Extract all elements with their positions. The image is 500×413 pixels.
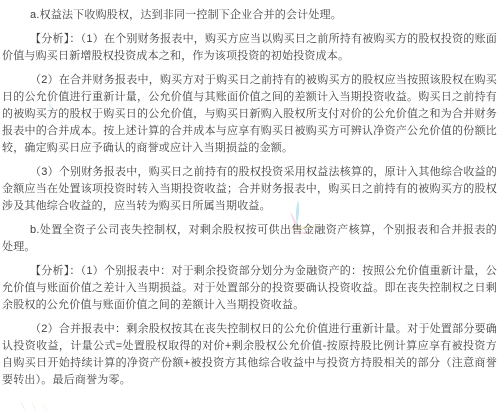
- analysis-paragraph-b2: （2）合并报表中：剩余股权按其在丧失控制权日的公允价值进行重新计量。对于处置部分…: [2, 321, 497, 389]
- heading-item-b: b.处置全资子公司丧失控制权，对剩余股权按可供出售金融资产核算，个别报表和合并报…: [2, 222, 497, 256]
- document-page: a.权益法下收购股权，达到非同一控制下企业合并的会计处理。 【分析】：（1）在个…: [0, 0, 500, 389]
- analysis-paragraph-b1: 【分析】：（1）个别报表中：对于剩余投资部分划分为金融资产的：按照公允价值重新计…: [2, 263, 497, 314]
- analysis-paragraph-a3: （3）个别财务报表中，购买日之前持有的股权投资采用权益法核算的，原计入其他综合收…: [2, 164, 497, 215]
- watermark-logo-bottom-icon: [10, 399, 58, 413]
- heading-item-a: a.权益法下收购股权，达到非同一控制下企业合并的会计处理。: [2, 7, 497, 24]
- analysis-paragraph-a2: （2）在合并财务报表中，购买方对于购买日之前持有的被购买方的股权应当按照该股权在…: [2, 72, 497, 157]
- analysis-paragraph-a1: 【分析】：（1）在个别财务报表中，购买方应当以购买日之前所持有被购买方的股权投资…: [2, 31, 497, 65]
